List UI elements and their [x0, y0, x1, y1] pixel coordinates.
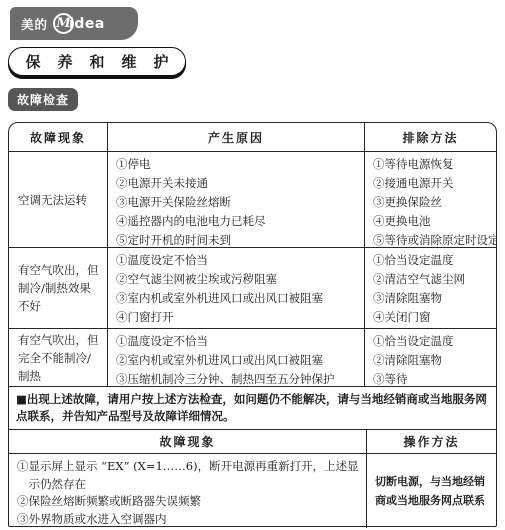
table-row: 空调无法运转 ①停电 ②电源开关未接通 ③电源开关保险丝熔断 ④遥控器内的电池电… [9, 151, 496, 247]
solution-item: ③更换保险丝 [373, 193, 492, 212]
cause-item: ①温度设定不恰当 [116, 332, 360, 351]
table-row: ①显示屏上显示 “EX” (X=1……6)，断开电源再重新打开，上述显示仍然存在… [9, 453, 496, 528]
table1-header-solution: 排除方法 [364, 123, 496, 151]
phenomena-cell: ①显示屏上显示 “EX” (X=1……6)，断开电源再重新打开，上述显示仍然存在… [9, 454, 366, 528]
table2-header-row: 故障现象 操作方法 [9, 429, 496, 453]
phenomenon-item: ②保险丝熔断频繁或断路器失误频繁 [17, 493, 360, 511]
solution-item: ①恰当设定温度 [373, 251, 492, 270]
cause-item: ③室内机或室外机进风口或出风口被阻塞 [116, 289, 360, 308]
solution-item: ⑤等待或消除原定时设定 [373, 231, 492, 247]
solution-item: ④关闭门窗 [373, 308, 492, 327]
cause-item: ②空气滤尘网被尘埃或污秽阻塞 [116, 270, 360, 289]
troubleshooting-table: 故障现象 产生原因 排除方法 空调无法运转 ①停电 ②电源开关未接通 ③电源开关… [8, 122, 497, 527]
phenomenon-cell: 空调无法运转 [9, 152, 107, 247]
solution-item: ③等待 [373, 370, 492, 386]
solution-item: ①等待电源恢复 [373, 155, 492, 174]
cause-item: ③压缩机制冷三分钟、制热四至五分钟保护 [116, 370, 360, 386]
section-title-maintenance: 保养和维护 [8, 47, 186, 76]
solution-item: ④更换电池 [373, 212, 492, 231]
solution-item: ①恰当设定温度 [373, 332, 492, 351]
cause-item: ②电源开关未接通 [116, 174, 360, 193]
phenomenon-item: ①显示屏上显示 “EX” (X=1……6)，断开电源再重新打开，上述显示仍然存在 [17, 458, 360, 493]
causes-cell: ①停电 ②电源开关未接通 ③电源开关保险丝熔断 ④遥控器内的电池电力已耗尽 ⑤定… [107, 152, 364, 247]
solution-item: ②接通电源开关 [373, 174, 492, 193]
table1-header-row: 故障现象 产生原因 排除方法 [9, 123, 496, 151]
note-text: ■出现上述故障，请用户按上述方法检查，如问题仍不能解决，请与当地经销商或当地服务… [9, 387, 496, 429]
causes-cell: ①温度设定不恰当 ②空气滤尘网被尘埃或污秽阻塞 ③室内机或室外机进风口或出风口被… [107, 248, 364, 328]
solutions-cell: ①恰当设定温度 ②清除阻塞物 ③等待 [364, 329, 496, 386]
phenomenon-cell: 有空气吹出，但完全不能制冷/制热 [9, 329, 107, 386]
solution-item: ②清除阻塞物 [373, 351, 492, 370]
manual-page: 美的 Midea 保养和维护 故障检查 故障现象 产生原因 排除方法 空调无法运… [0, 0, 505, 530]
logo-wordmark: idea [69, 16, 105, 32]
phenomenon-item: ③外界物质或水进入空调器内 [17, 511, 360, 529]
cause-item: ④门窗打开 [116, 308, 360, 327]
table1-header-phenomenon: 故障现象 [9, 123, 107, 151]
action-cell: 切断电源，与当地经销商或当地服务网点联系 [366, 454, 496, 528]
cause-item: ①温度设定不恰当 [116, 251, 360, 270]
cause-item: ④遥控器内的电池电力已耗尽 [116, 212, 360, 231]
cause-item: ③电源开关保险丝熔断 [116, 193, 360, 212]
solutions-cell: ①等待电源恢复 ②接通电源开关 ③更换保险丝 ④更换电池 ⑤等待或消除原定时设定 [364, 152, 496, 247]
solutions-cell: ①恰当设定温度 ②清洁空气滤尘网 ③清除阻塞物 ④关闭门窗 [364, 248, 496, 328]
cause-item: ⑤定时开机的时间未到 [116, 231, 360, 247]
note-row: ■出现上述故障，请用户按上述方法检查，如问题仍不能解决，请与当地经销商或当地服务… [9, 386, 496, 429]
cause-item: ①停电 [116, 155, 360, 174]
cause-item: ②室内机或室外机进风口或出风口被阻塞 [116, 351, 360, 370]
table1-header-cause: 产生原因 [107, 123, 364, 151]
section-title-text: 保养和维护 [25, 51, 185, 72]
table2-header-action: 操作方法 [366, 430, 496, 453]
causes-cell: ①温度设定不恰当 ②室内机或室外机进风口或出风口被阻塞 ③压缩机制冷三分钟、制热… [107, 329, 364, 386]
table2-header-phenomenon: 故障现象 [9, 430, 366, 453]
solution-item: ③清除阻塞物 [373, 289, 492, 308]
table-row: 有空气吹出，但制冷/制热效果不好 ①温度设定不恰当 ②空气滤尘网被尘埃或污秽阻塞… [9, 247, 496, 328]
subsection-badge-fault-check: 故障检查 [8, 88, 78, 111]
table-row: 有空气吹出，但完全不能制冷/制热 ①温度设定不恰当 ②室内机或室外机进风口或出风… [9, 328, 496, 386]
midea-logo: 美的 Midea [10, 7, 138, 40]
logo-chinese-text: 美的 [21, 15, 48, 33]
solution-item: ②清洁空气滤尘网 [373, 270, 492, 289]
phenomenon-cell: 有空气吹出，但制冷/制热效果不好 [9, 248, 107, 328]
